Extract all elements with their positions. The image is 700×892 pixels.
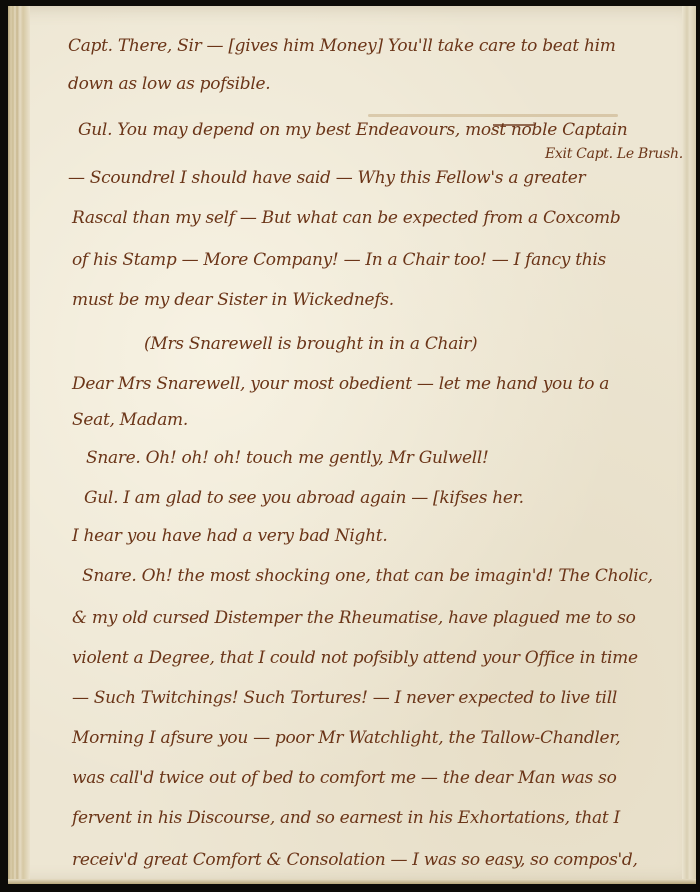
manuscript-line: Morning I afsure you — poor Mr Watchligh… <box>72 728 620 748</box>
stage-direction: (Mrs Snarewell is brought in in a Chair) <box>144 334 477 354</box>
manuscript-page: Capt. There, Sir — [gives him Money] You… <box>8 6 696 884</box>
manuscript-line: was call'd twice out of bed to comfort m… <box>72 768 617 788</box>
manuscript-line: — Scoundrel I should have said — Why thi… <box>68 168 585 188</box>
manuscript-line: & my old cursed Distemper the Rheumatise… <box>72 608 636 628</box>
binding-gutter <box>8 6 30 884</box>
manuscript-line: fervent in his Discourse, and so earnest… <box>72 808 620 828</box>
manuscript-line: Snare. Oh! oh! oh! touch me gently, Mr G… <box>86 448 489 468</box>
page-edge-bottom <box>8 879 696 884</box>
manuscript-line: violent a Degree, that I could not pofsi… <box>72 648 638 668</box>
manuscript-line: of his Stamp — More Company! — In a Chai… <box>72 250 606 270</box>
manuscript-line: Capt. There, Sir — [gives him Money] You… <box>68 36 616 56</box>
faded-ink-stroke <box>368 114 618 117</box>
stage-direction: Exit Capt. Le Brush. <box>545 146 683 162</box>
manuscript-line: I hear you have had a very bad Night. <box>72 526 387 546</box>
manuscript-line: Gul. I am glad to see you abroad again —… <box>84 488 524 508</box>
manuscript-line: Seat, Madam. <box>72 410 188 430</box>
manuscript-line: Gul. You may depend on my best Endeavour… <box>78 120 627 140</box>
page-edge-right <box>682 6 696 884</box>
manuscript-line: must be my dear Sister in Wickednefs. <box>72 290 394 310</box>
manuscript-line: receiv'd great Comfort & Consolation — I… <box>72 850 638 870</box>
manuscript-line: — Such Twitchings! Such Tortures! — I ne… <box>72 688 617 708</box>
manuscript-line: Snare. Oh! the most shocking one, that c… <box>82 566 653 586</box>
manuscript-line: Dear Mrs Snarewell, your most obedient —… <box>72 374 609 394</box>
manuscript-line: down as low as pofsible. <box>68 74 270 94</box>
manuscript-line: Rascal than my self — But what can be ex… <box>72 208 620 228</box>
